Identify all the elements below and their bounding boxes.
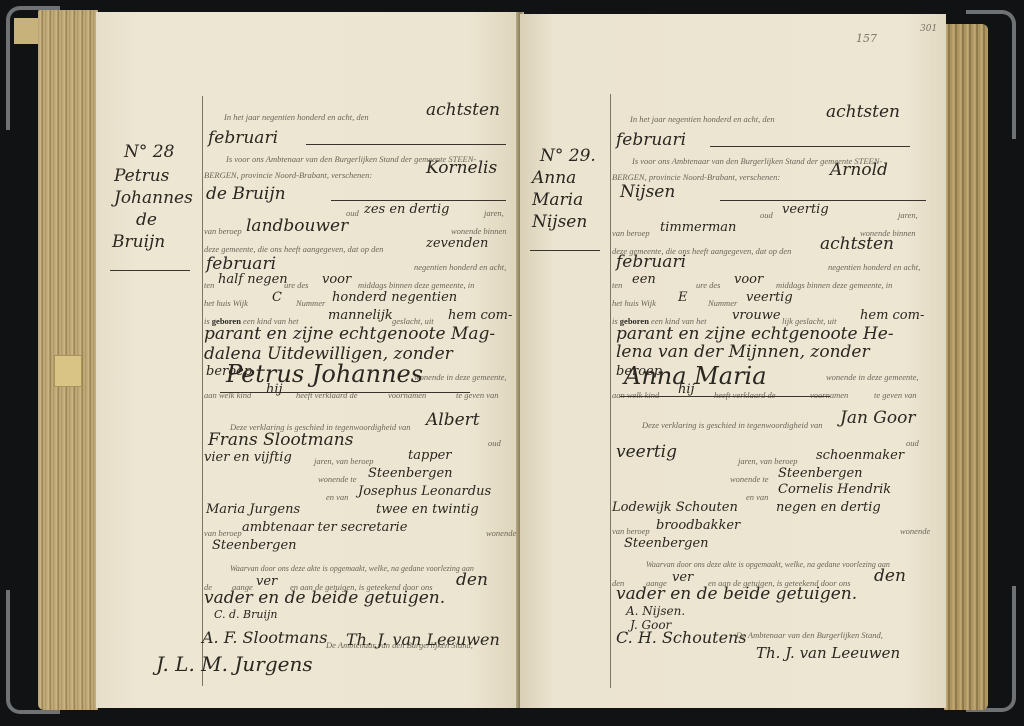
signature-father: A. Nijsen.: [626, 604, 685, 618]
month-field: februari: [616, 130, 686, 150]
witness1-place: Steenbergen: [368, 466, 453, 481]
midday-text: middags binnen deze gemeente, in: [358, 280, 474, 290]
wijk-field: E: [678, 290, 688, 305]
child-name: Petrus Johannes: [226, 360, 423, 388]
witness1-first: Albert: [426, 410, 480, 430]
kind-label: aan welk kind: [612, 390, 659, 400]
page-block-right: [944, 24, 988, 710]
closing-hand-2: vader en de beide getuigen.: [204, 588, 445, 608]
en-van-label: en van: [326, 492, 348, 502]
te-geven-label: te geven van: [874, 390, 916, 400]
official-title: De Ambtenaar van den Burgerlijken Stand,: [736, 630, 883, 640]
fill-line: [710, 146, 910, 147]
margin-name-3: Nijsen: [532, 212, 587, 232]
birth-month-field: februari: [616, 252, 686, 272]
left-page: N° 28 Petrus Johannes de Bruijn In het j…: [96, 12, 520, 708]
margin-name-3: de: [136, 210, 157, 230]
occupation-field: landbouwer: [246, 216, 348, 236]
witness1-age: veertig: [616, 442, 677, 462]
house-label: het huis Wijk: [204, 298, 248, 308]
signature-witness-2: C. H. Schoutens: [616, 628, 747, 647]
witness2-place: Steenbergen: [624, 536, 709, 551]
residence-label: wonende binnen: [451, 226, 506, 236]
wijk-field: C: [272, 290, 282, 305]
bookmark-ribbon: [54, 355, 82, 387]
page-number-corner: 301: [920, 24, 937, 34]
wonende-text: wonende in deze gemeente,: [414, 372, 507, 382]
age-field: veertig: [782, 202, 829, 217]
ampm-field: voor: [734, 272, 763, 287]
month-field: februari: [208, 128, 278, 148]
mother-line-3: lena van der Mijnnen, zonder: [616, 342, 870, 362]
margin-name-2: Maria: [532, 190, 583, 210]
page-number-stamp: 157: [856, 32, 877, 45]
witness2-age: twee en twintig: [376, 502, 479, 517]
birth-day-field: achtsten: [820, 234, 894, 254]
years-label: jaren,: [898, 210, 918, 220]
closing-ver: ver: [256, 574, 277, 589]
wonende-te-label: wonende te: [318, 474, 356, 484]
en-label: oud: [488, 438, 501, 448]
gemeente-text: deze gemeente, die ons heeft aangegeven,…: [204, 244, 383, 254]
witness1-last: Frans Slootmans: [208, 430, 353, 450]
ure-label: ure des: [284, 280, 308, 290]
witness2-place: Steenbergen: [212, 538, 297, 553]
intro-text: In het jaar negentien honderd en acht, d…: [630, 114, 775, 124]
en-van-label: en van: [746, 492, 768, 502]
ten-label: ten: [204, 280, 214, 290]
birth-day-field: zevenden: [426, 236, 488, 251]
closing-hand-2: vader en de beide getuigen.: [616, 584, 857, 604]
witness2-first: Cornelis Hendrik: [778, 482, 891, 497]
verklaard-label: heeft verklaard de: [714, 390, 776, 400]
declarant-first: Arnold: [830, 160, 888, 180]
margin-name-4: Bruijn: [112, 232, 165, 252]
witness1-first: Jan Goor: [840, 408, 915, 428]
record-number: N° 28: [124, 142, 174, 162]
sex-field: mannelijk: [328, 308, 393, 323]
voornamen-label: voornamen: [810, 390, 848, 400]
hour-field: half negen: [218, 272, 288, 287]
birth-month-field: februari: [206, 254, 276, 274]
number-field: honderd negentien: [332, 290, 457, 305]
midday-text: middags binnen deze gemeente, in: [776, 280, 892, 290]
witness1-years-label: jaren, van beroep: [738, 456, 798, 466]
signature-father: C. d. Bruijn: [214, 608, 278, 621]
signature-witness-2: J. L. M. Jurgens: [156, 652, 313, 676]
signature-witness-1: A. F. Slootmans: [202, 628, 328, 647]
witness2-last: Maria Jurgens: [206, 502, 300, 517]
en-label: oud: [906, 438, 919, 448]
witness2-occupation: ambtenaar ter secretarie: [242, 520, 407, 535]
margin-name-1: Petrus: [114, 166, 169, 186]
closing-hand-1: den: [456, 570, 488, 590]
day-field: achtsten: [426, 100, 500, 120]
fill-line: [306, 144, 506, 145]
witness1-occupation: tapper: [408, 448, 452, 463]
witness2-occ-label: van beroep: [612, 526, 650, 536]
witness2-resid-label: wonende: [900, 526, 930, 536]
ten-label: ten: [612, 280, 622, 290]
house-label: het huis Wijk: [612, 298, 656, 308]
official-signature: Th. J. van Leeuwen: [346, 630, 500, 649]
witness2-occ-label: van beroep: [204, 528, 242, 538]
margin-rule: [610, 94, 611, 688]
margin-name-2: Johannes: [114, 188, 193, 208]
witness-intro: Deze verklaring is geschied in tegenwoor…: [642, 420, 823, 430]
witness1-occupation: schoenmaker: [816, 448, 904, 463]
intro-text: In het jaar negentien honderd en acht, d…: [224, 112, 369, 122]
margin-rule: [202, 96, 203, 686]
record-number: N° 29.: [540, 146, 596, 166]
official-text-2: BERGEN, provincie Noord-Brabant, versche…: [612, 172, 780, 182]
occupation-label: van beroep: [204, 226, 242, 236]
margin-underline: [530, 250, 600, 251]
sex-field: vrouwe: [732, 308, 781, 323]
right-page: 157 301 N° 29. Anna Maria Nijsen In het …: [520, 14, 946, 708]
year-text: negentien honderd en acht,: [828, 262, 920, 272]
declarant-last: Nijsen: [620, 182, 675, 202]
declarant-last: de Bruijn: [206, 184, 286, 204]
years-label: jaren,: [484, 208, 504, 218]
mother-line-1: hem com-: [448, 308, 512, 323]
mother-line-2: parant en zijne echtgenoote He-: [616, 324, 894, 344]
day-field: achtsten: [826, 102, 900, 122]
witness2-resid-label: wonende: [486, 528, 516, 538]
margin-name-1: Anna: [532, 168, 576, 188]
fill-line: [720, 200, 926, 201]
margin-underline: [110, 270, 190, 271]
closing-text-1: Waarvan door ons deze akte is opgemaakt,…: [646, 560, 890, 569]
closing-hand-1: den: [874, 566, 906, 586]
number-field: veertig: [746, 290, 793, 305]
declarant-first: Kornelis: [426, 158, 497, 178]
occupation-label: van beroep: [612, 228, 650, 238]
fill-line: [331, 200, 506, 201]
official-text-2: BERGEN, provincie Noord-Brabant, versche…: [204, 170, 372, 180]
age-label: oud: [760, 210, 773, 220]
child-name-underline: [620, 396, 830, 397]
witness2-age: negen en dertig: [776, 500, 881, 515]
wonende-te-label: wonende te: [730, 474, 768, 484]
closing-text-1: Waarvan door ons deze akte is opgemaakt,…: [230, 564, 474, 573]
nummer-label: Nummer: [708, 298, 737, 308]
wonende-text: wonende in deze gemeente,: [826, 372, 919, 382]
closing-ver: ver: [672, 570, 693, 585]
age-field: zes en dertig: [364, 202, 449, 217]
year-text: negentien honderd en acht,: [414, 262, 506, 272]
witness1-age: vier en vijftig: [204, 450, 292, 465]
ampm-field: voor: [322, 272, 351, 287]
witness1-place: Steenbergen: [778, 466, 863, 481]
witness1-years-label: jaren, van beroep: [314, 456, 374, 466]
child-name: Anna Maria: [624, 362, 767, 390]
ure-label: ure des: [696, 280, 720, 290]
mother-line-2: parant en zijne echtgenoote Mag-: [204, 324, 495, 344]
hour-field: een: [632, 272, 656, 287]
child-name-underline: [220, 392, 470, 393]
witness2-occupation: broodbakker: [656, 518, 740, 533]
witness2-first: Josephus Leonardus: [358, 484, 491, 499]
nummer-label: Nummer: [296, 298, 325, 308]
mother-line-1: hem com-: [860, 308, 924, 323]
witness2-last: Lodewijk Schouten: [612, 500, 738, 515]
official-signature: Th. J. van Leeuwen: [756, 644, 900, 662]
occupation-field: timmerman: [660, 220, 736, 235]
